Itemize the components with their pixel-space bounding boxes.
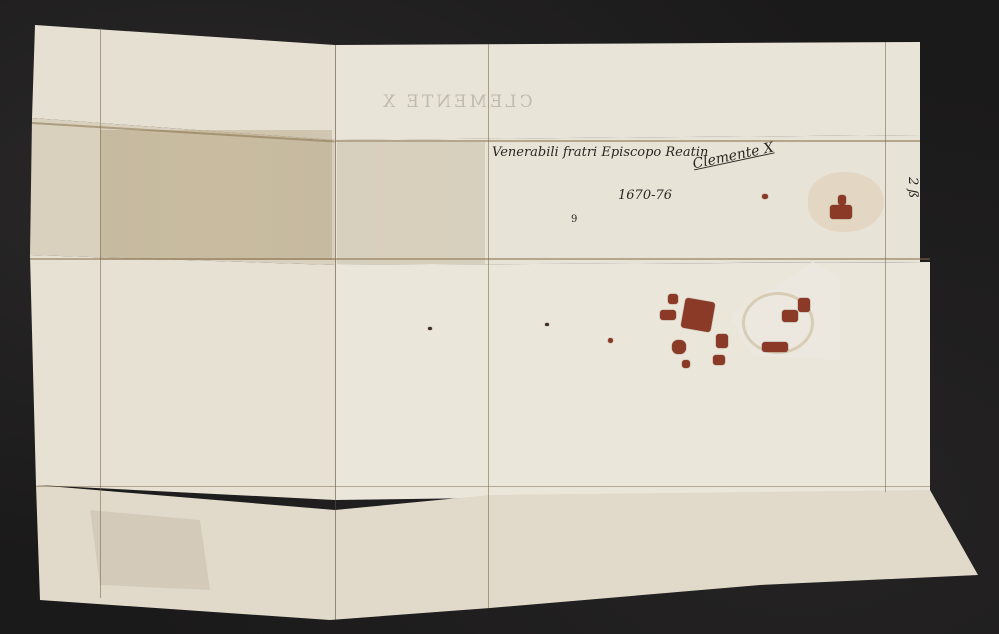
fold-line [30, 258, 930, 260]
wax-fragment [608, 338, 613, 343]
wax-fragment [782, 310, 798, 322]
wax-fragment [668, 294, 678, 304]
wax-fragment [713, 355, 725, 365]
wax-fragment [672, 340, 686, 354]
fold-line [488, 44, 489, 608]
wax-fragment [830, 205, 852, 219]
wax-fragment [681, 298, 716, 333]
fold-line [335, 45, 336, 620]
show-through-text: CLEMENTE X [380, 92, 533, 112]
pin-hole [545, 323, 549, 326]
numeral-annotation: 9 [571, 214, 577, 225]
wax-fragment [798, 298, 810, 312]
wax-fragment [762, 194, 768, 199]
wax-fragment [682, 360, 690, 368]
seal-paper-upper [808, 172, 884, 232]
margin-annotation: 2 ß [905, 177, 920, 198]
wax-fragment [660, 310, 676, 320]
wax-fragment [762, 342, 788, 352]
stain-band-middle [337, 142, 485, 264]
fold-line [100, 28, 101, 598]
fold-line [885, 42, 886, 492]
fold-line [36, 486, 930, 487]
address-line: Venerabili fratri Episcopo Reatin [492, 145, 708, 160]
stain-band-left [100, 130, 332, 260]
wax-fragment [838, 195, 846, 205]
date-annotation: 1670-76 [618, 188, 672, 203]
fold-line [335, 140, 920, 142]
wax-fragment [716, 334, 728, 348]
pin-hole [428, 327, 432, 330]
